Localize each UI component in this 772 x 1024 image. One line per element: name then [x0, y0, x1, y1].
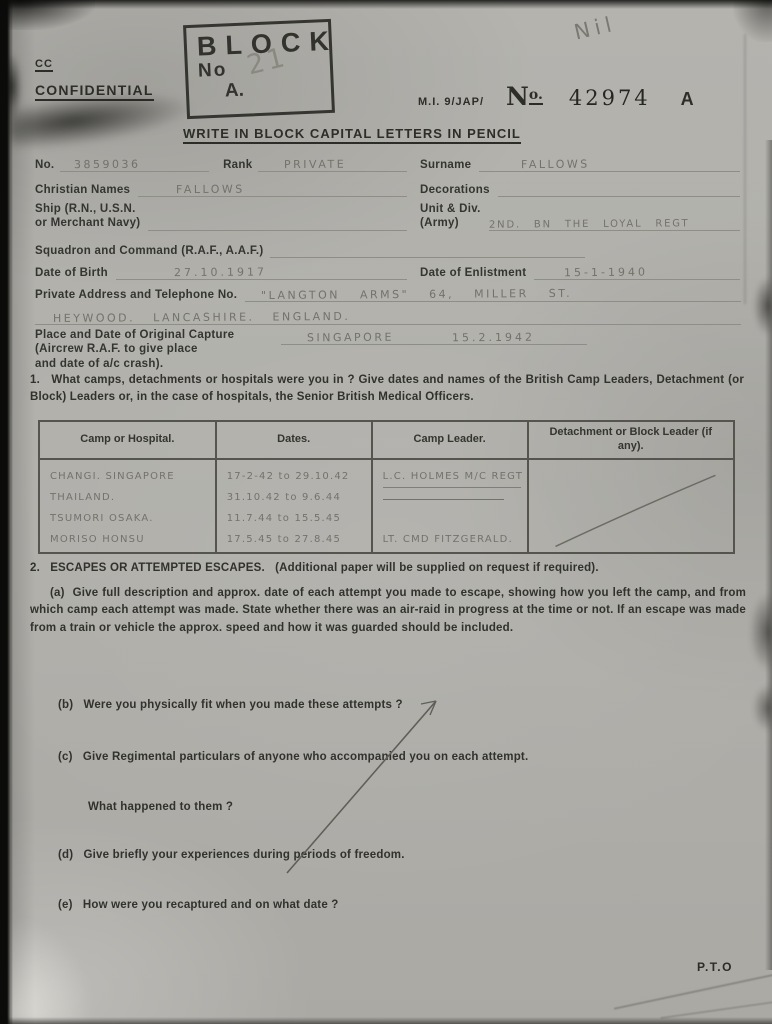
camp-entry: TSUMORI OSAKA.	[50, 508, 209, 529]
capture-label-2: (Aircrew R.A.F. to give place	[35, 342, 273, 356]
question-2-heading: ESCAPES OR ATTEMPTED ESCAPES.	[50, 562, 265, 574]
ship-label-2: or Merchant Navy)	[35, 216, 140, 230]
instruction-heading: WRITE IN BLOCK CAPITAL LETTERS IN PENCIL	[183, 126, 521, 144]
ship-field	[148, 213, 407, 231]
surname-field: FALLOWS	[479, 154, 740, 172]
camp-entry: CHANGI. SINGAPORE	[50, 466, 209, 487]
header-camp-or-hospital: Camp or Hospital.	[40, 422, 217, 460]
question-2d-text: Give briefly your experiences during per…	[83, 849, 404, 861]
question-1: 1. What camps, detachments or hospitals …	[30, 372, 744, 407]
header-detachment-leader: Detachment or Block Leader (if any).	[529, 422, 733, 460]
capture-label-3: and date of a/c crash).	[35, 357, 273, 371]
capture-date-value: 15.2.1942	[452, 331, 535, 345]
question-2d-label: (d)	[58, 849, 73, 861]
rank-label: Rank	[223, 158, 252, 172]
question-2c-text: Give Regimental particulars of anyone wh…	[83, 751, 529, 763]
row-squadron: Squadron and Command (R.A.F., A.A.F.)	[35, 240, 585, 258]
question-2a: (a) Give full description and approx. da…	[30, 585, 746, 637]
scan-edge-left-shadow	[11, 0, 35, 1024]
question-2e-text: How were you recaptured and on what date…	[83, 899, 339, 911]
squadron-label: Squadron and Command (R.A.F., A.A.F.)	[35, 244, 264, 258]
serial-line: M.I. 9/JAP/ N o. 42974 A	[418, 82, 694, 111]
paper-crease	[744, 34, 746, 304]
address-value: "LANGTON ARMS" 64, MILLER ST.	[245, 287, 572, 302]
camps-table-body-row: CHANGI. SINGAPORE THAILAND. TSUMORI OSAK…	[40, 460, 733, 552]
leader-entry: LT. CMD FITZGERALD.	[383, 529, 521, 550]
dates-entry: 17.5.45 to 27.8.45	[227, 529, 365, 550]
scan-corner-top-right	[733, 0, 772, 42]
question-1-text: What camps, detachments or hospitals wer…	[30, 374, 744, 403]
question-2a-label: (a)	[50, 587, 65, 599]
unit-label-2: (Army)	[420, 216, 481, 230]
pto-label: P.T.O	[697, 960, 733, 974]
decorations-field	[498, 179, 740, 197]
partial-word: CC	[35, 58, 53, 72]
scan-edge-top	[0, 0, 772, 9]
leader-entry: L.C. HOLMES M/C REGT	[383, 466, 521, 488]
christian-names-value: FALLOWS	[138, 183, 245, 197]
scan-edge-left	[0, 0, 13, 1024]
date-of-birth-field: 27.10.1917	[116, 262, 407, 280]
camp-column: CHANGI. SINGAPORE THAILAND. TSUMORI OSAK…	[40, 460, 217, 552]
row-ship: Ship (R.N., U.S.N. or Merchant Navy)	[35, 202, 407, 231]
squadron-field	[270, 240, 585, 258]
row-address: Private Address and Telephone No. "LANGT…	[35, 284, 741, 302]
ship-label-1: Ship (R.N., U.S.N.	[35, 202, 140, 216]
row-date-of-enlistment: Date of Enlistment 15-1-1940	[420, 262, 740, 280]
rank-value: PRIVATE	[258, 158, 346, 172]
address-label: Private Address and Telephone No.	[35, 288, 237, 302]
capture-label-1: Place and Date of Original Capture	[35, 328, 273, 342]
question-2-note: (Additional paper will be supplied on re…	[275, 562, 599, 574]
dates-column: 17-2-42 to 29.10.42 31.10.42 to 9.6.44 1…	[217, 460, 373, 552]
header-dates: Dates.	[217, 422, 373, 460]
crease-bottom-right-1	[614, 968, 772, 1009]
unit-field: 2ND. BN THE LOYAL REGT	[489, 213, 740, 231]
question-2b-label: (b)	[58, 699, 73, 711]
row-decorations: Decorations	[420, 179, 740, 197]
date-of-birth-label: Date of Birth	[35, 266, 108, 280]
serial-number: 42974	[569, 86, 651, 110]
question-2-title: 2. ESCAPES OR ATTEMPTED ESCAPES. (Additi…	[30, 560, 744, 577]
leader-column: L.C. HOLMES M/C REGT LT. CMD FITZGERALD.	[373, 460, 529, 552]
question-2c: (c) Give Regimental particulars of anyon…	[58, 749, 698, 766]
row-capture: Place and Date of Original Capture (Airc…	[35, 328, 587, 371]
surname-value: FALLOWS	[479, 158, 590, 172]
row-date-of-birth: Date of Birth 27.10.1917	[35, 262, 407, 280]
date-of-enlistment-field: 15-1-1940	[534, 262, 740, 280]
dates-entry: 17-2-42 to 29.10.42	[227, 466, 365, 487]
address-field-2: HEYWOOD. LANCASHIRE. ENGLAND.	[35, 307, 741, 325]
no-label: No.	[35, 158, 54, 172]
surname-label: Surname	[420, 158, 471, 172]
serial-no-o: o.	[529, 87, 543, 105]
row-no-rank: No. 3859036 Rank PRIVATE	[35, 154, 407, 172]
scan-edge-right	[765, 140, 772, 970]
camps-table: Camp or Hospital. Dates. Camp Leader. De…	[38, 420, 735, 554]
question-2e: (e) How were you recaptured and on what …	[58, 897, 698, 914]
scan-edge-bottom	[0, 1017, 772, 1024]
camps-table-header-row: Camp or Hospital. Dates. Camp Leader. De…	[40, 422, 733, 460]
pencil-note-nil: Nil	[572, 12, 619, 45]
question-2b: (b) Were you physically fit when you mad…	[58, 697, 698, 714]
question-2c-followup: What happened to them ?	[88, 799, 588, 816]
pencil-diagonal-line	[539, 466, 727, 552]
decorations-label: Decorations	[420, 183, 490, 197]
dates-entry: 11.7.44 to 15.5.45	[227, 508, 365, 529]
row-surname: Surname FALLOWS	[420, 154, 740, 172]
christian-names-label: Christian Names	[35, 183, 130, 197]
unit-value: 2ND. BN THE LOYAL REGT	[489, 218, 689, 230]
question-2b-text: Were you physically fit when you made th…	[83, 699, 402, 711]
mi-ref: M.I. 9/JAP/	[418, 96, 484, 108]
question-2a-text: Give full description and approx. date o…	[30, 587, 746, 634]
scan-corner-top-left	[0, 0, 95, 30]
date-of-birth-value: 27.10.1917	[116, 265, 267, 279]
serial-no-n: N	[506, 82, 529, 111]
detachment-column	[529, 460, 733, 552]
question-2c-label: (c)	[58, 751, 73, 763]
question-2e-label: (e)	[58, 899, 73, 911]
date-of-enlistment-value: 15-1-1940	[534, 266, 648, 280]
address-value-2: HEYWOOD. LANCASHIRE. ENGLAND.	[35, 310, 350, 325]
dates-entry: 31.10.42 to 9.6.44	[227, 487, 365, 508]
camp-entry: THAILAND.	[50, 487, 209, 508]
unit-label-1: Unit & Div.	[420, 202, 481, 216]
scanned-document-page: Nil CC CONFIDENTIAL BLOCK No A. 21 M.I. …	[0, 0, 772, 1024]
address-field: "LANGTON ARMS" 64, MILLER ST.	[245, 284, 741, 302]
date-of-enlistment-label: Date of Enlistment	[420, 266, 526, 280]
row-address-2: HEYWOOD. LANCASHIRE. ENGLAND.	[35, 307, 741, 325]
christian-names-field: FALLOWS	[138, 179, 407, 197]
header-camp-leader: Camp Leader.	[373, 422, 529, 460]
rank-field: PRIVATE	[258, 154, 407, 172]
no-value: 3859036	[60, 158, 141, 172]
leader-entry	[383, 500, 521, 521]
question-2d: (d) Give briefly your experiences during…	[58, 847, 698, 864]
capture-place-value: SINGAPORE	[307, 331, 394, 345]
camp-entry: MORISO HONSU	[50, 529, 209, 550]
row-unit: Unit & Div. (Army) 2ND. BN THE LOYAL REG…	[420, 202, 740, 231]
no-field: 3859036	[60, 154, 209, 172]
serial-suffix: A	[681, 89, 694, 110]
capture-field: SINGAPORE 15.2.1942	[281, 328, 587, 345]
row-christian-names: Christian Names FALLOWS	[35, 179, 407, 197]
stamp-a-text: A.	[224, 76, 321, 102]
